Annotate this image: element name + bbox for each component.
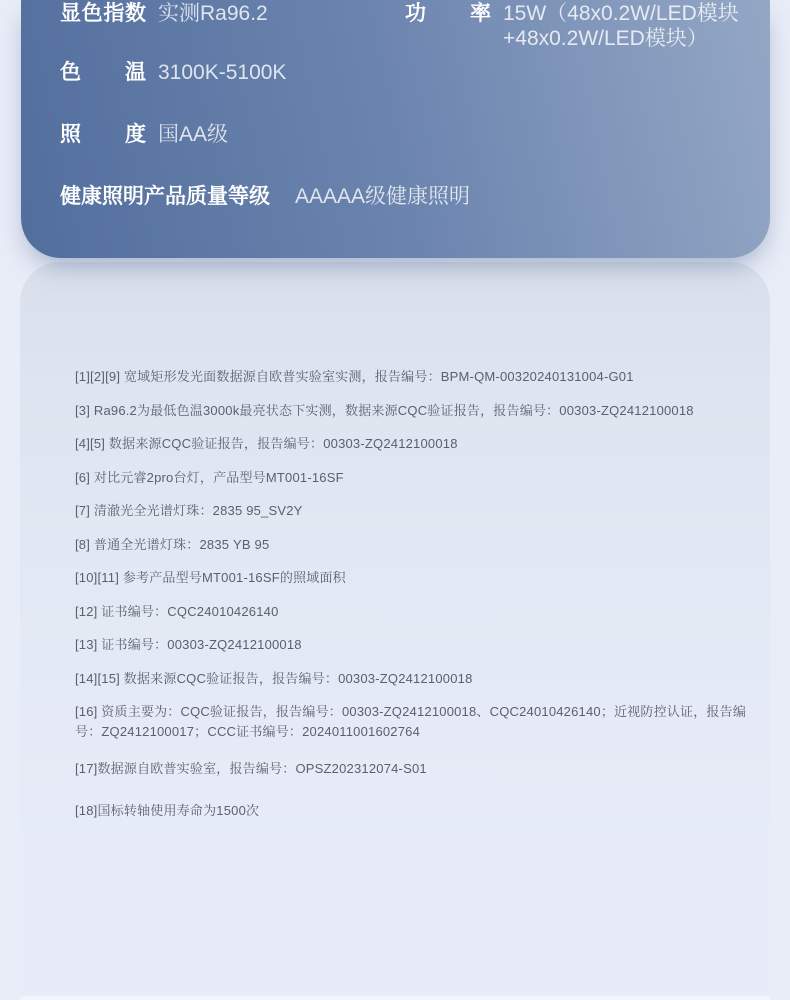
spec-label-health-lighting-grade: 健康照明产品质量等级 [60, 184, 270, 209]
spec-row-color-rendering-index: 显色指数 实测Ra96.2 [60, 1, 268, 26]
footnote-item-1-2-9: [1][2][9] 宽域矩形发光面数据源自欧普实验室实测，报告编号：BPM-QM… [75, 367, 748, 387]
footnote-item-6: [6] 对比元睿2pro台灯，产品型号MT001-16SF [75, 468, 748, 488]
next-card-top-edge [20, 996, 770, 1000]
spec-label-cri: 显色指数 [60, 1, 146, 26]
footnote-item-8: [8] 普通全光谱灯珠：2835 YB 95 [75, 535, 748, 555]
spec-value-illuminance: 国AA级 [158, 122, 228, 147]
spec-label-color-temperature: 色 温 [60, 60, 146, 85]
spec-row-power: 功 率 15W（48x0.2W/LED模块 +48x0.2W/LED模块） [405, 1, 755, 51]
footnote-item-4-5: [4][5] 数据来源CQC验证报告，报告编号：00303-ZQ24121000… [75, 434, 748, 454]
spec-row-health-lighting-grade: 健康照明产品质量等级 AAAAA级健康照明 [60, 184, 470, 209]
footnote-item-18: [18]国标转轴使用寿命为1500次 [75, 801, 748, 821]
footnote-item-14-15: [14][15] 数据来源CQC验证报告，报告编号：00303-ZQ241210… [75, 669, 748, 689]
spec-value-health-lighting-grade: AAAAA级健康照明 [295, 184, 470, 209]
spec-label-power: 功 率 [405, 1, 491, 26]
spec-value-color-temperature: 3100K-5100K [158, 60, 286, 85]
product-spec-card: 显色指数 实测Ra96.2 功 率 15W（48x0.2W/LED模块 +48x… [21, 0, 770, 258]
footnote-item-12: [12] 证书编号：CQC24010426140 [75, 602, 748, 622]
spec-row-color-temperature: 色 温 3100K-5100K [60, 60, 286, 85]
footnote-item-7: [7] 清澈光全光谱灯珠：2835 95_SV2Y [75, 501, 748, 521]
footnote-item-13: [13] 证书编号：00303-ZQ2412100018 [75, 635, 748, 655]
footnote-item-10-11: [10][11] 参考产品型号MT001-16SF的照域面积 [75, 568, 748, 588]
spec-label-illuminance: 照 度 [60, 122, 146, 147]
footnote-item-16: [16] 资质主要为：CQC验证报告，报告编号：00303-ZQ24121000… [75, 702, 748, 741]
spec-row-illuminance: 照 度 国AA级 [60, 122, 228, 147]
footnote-item-3: [3] Ra96.2为最低色温3000k最亮状态下实测，数据来源CQC验证报告，… [75, 401, 748, 421]
footnotes-card: [1][2][9] 宽域矩形发光面数据源自欧普实验室实测，报告编号：BPM-QM… [20, 262, 770, 1000]
spec-value-power: 15W（48x0.2W/LED模块 +48x0.2W/LED模块） [503, 1, 755, 51]
footnote-item-17: [17]数据源自欧普实验室，报告编号：OPSZ202312074-S01 [75, 759, 748, 779]
spec-value-cri: 实测Ra96.2 [158, 1, 268, 26]
